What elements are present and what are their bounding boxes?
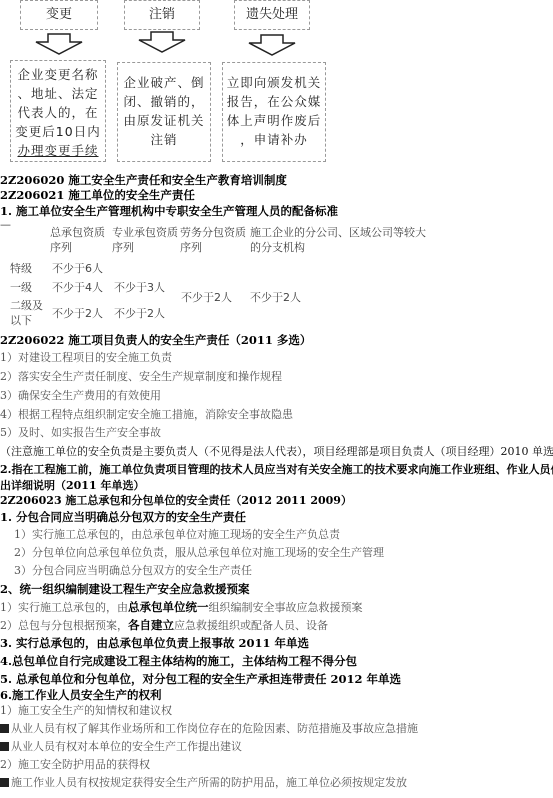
bullet-item: 从业人员有权了解其作业场所和工作岗位存在的危险因素、防范措施及事故应急措施 [0, 722, 418, 736]
cell-value: 不少于2人 [250, 289, 301, 305]
flow-text: 闭、撤销的， [118, 92, 210, 111]
flow-text: 代表人的，在 [11, 103, 105, 122]
point-1-heading: 1. 分包合同应当明确总分包双方的安全生产责任 [0, 510, 246, 524]
flow-body-lost: 立即向颁发机关 报告，在公众媒 体上声明作废后 ，申请补办 [222, 62, 326, 162]
point-6-heading: 6.施工作业人员安全生产的权利 [0, 688, 162, 702]
point-2-text: 2.指在工程施工前，施工单位负责项目管理的技术人员应当对有关安全施工的技术要求向… [0, 463, 553, 477]
col-header-labor-l2: 序列 [180, 239, 202, 255]
cell-value: 不少于4人 [52, 279, 103, 295]
row-grade-second-l2: 以下 [10, 312, 32, 328]
col-header-labor: 劳务分包资质 [180, 224, 246, 240]
section-heading-206022: 2Z206022 施工项目负责人的安全生产责任（2011 多选） [0, 333, 311, 347]
flow-text: 注销 [118, 130, 210, 149]
down-arrow-icon [137, 31, 187, 53]
list-item: 2）落实安全生产责任制度、安全生产规章制度和操作规程 [0, 370, 282, 384]
col-header-specialty-l2: 序列 [112, 239, 134, 255]
list-item: 3）分包合同应当明确总分包双方的安全生产责任 [14, 564, 252, 578]
point-3: 3. 实行总承包的，由总承包单位负责上报事故 2011 年单选 [0, 636, 309, 650]
text: 组织编制安全事故应急救援预案 [209, 601, 363, 614]
cell-value: 不少于2人 [181, 289, 232, 305]
flow-text: 办理变更手续 [11, 141, 105, 160]
row-grade-first: 一级 [10, 279, 32, 295]
flow-head-lost: 遗失处理 [234, 0, 310, 30]
text: 从业人员有权了解其作业场所和工作岗位存在的危险因素、防范措施及事故应急措施 [11, 722, 418, 735]
col-header-branch: 施工企业的分公司、区域公司等较大 [250, 224, 426, 240]
text: 1）实行施工总承包的，由 [0, 601, 128, 614]
text: 2）总包与分包根据预案， [0, 619, 128, 632]
flow-text: 企业变更名称 [11, 65, 105, 84]
square-bullet-icon [0, 724, 9, 733]
flow-head-change: 变更 [20, 0, 98, 30]
subheading-staffing-standard: 1. 施工单位安全生产管理机构中专职安全生产管理人员的配备标准 [0, 204, 338, 218]
flow-text: 报告，在公众媒 [223, 92, 325, 111]
col-header-branch-l2: 的分支机构 [250, 239, 305, 255]
point-4: 4.总包单位自行完成建设工程主体结构的施工，主体结构工程不得分包 [0, 654, 357, 668]
text: 从业人员有权对本单位的安全生产工作提出建议 [11, 740, 242, 753]
section-heading-206021: 2Z206021 施工单位的安全生产责任 [0, 188, 195, 202]
text: 应急救援组织或配备人员、设备 [174, 619, 328, 632]
list-item: 1）实行施工总承包的，由总承包单位对施工现场的安全生产负总责 [14, 528, 340, 542]
text: 施工作业人员有权按规定获得安全生产所需的防护用品，施工单位必须按规定发放 [11, 776, 407, 789]
cell-value: 不少于3人 [114, 279, 165, 295]
cell-value: 不少于2人 [114, 305, 165, 321]
flow-text: 由原发证机关 [118, 111, 210, 130]
list-item: 2）分包单位向总承包单位负责，服从总承包单位对施工现场的安全生产管理 [14, 546, 384, 560]
section-heading-206023: 2Z206023 施工总承包和分包单位的安全责任（2012 2011 2009） [0, 494, 352, 508]
right-1: 1）施工安全生产的知情权和建议权 [0, 704, 172, 718]
flow-text: 立即向颁发机关 [223, 73, 325, 92]
flow-text: 企业破产、倒 [118, 73, 210, 92]
flow-text: 变更后10日内 [11, 122, 105, 141]
list-item: 1）对建设工程项目的安全施工负责 [0, 351, 172, 365]
flow-head-cancel: 注销 [124, 0, 200, 30]
col-header-general-l2: 序列 [50, 239, 72, 255]
col-header-specialty: 专业承包资质 [112, 224, 178, 240]
square-bullet-icon [0, 742, 9, 751]
flow-text: 体上声明作废后 [223, 111, 325, 130]
point-2-text-cont: 出详细说明（2011 年单选） [0, 479, 144, 493]
row-grade-special: 特级 [10, 260, 32, 276]
list-item: 2）总包与分包根据预案，各自建立应急救援组织或配备人员、设备 [0, 618, 328, 633]
bullet-item: 施工作业人员有权按规定获得安全生产所需的防护用品，施工单位必须按规定发放 [0, 776, 407, 790]
flow-body-change: 企业变更名称 、地址、法定 代表人的，在 变更后10日内 办理变更手续 [10, 60, 106, 162]
list-item: 5）及时、如实报告生产安全事故 [0, 426, 161, 440]
flow-body-cancel: 企业破产、倒 闭、撤销的， 由原发证机关 注销 [117, 62, 211, 162]
flow-text: ，申请补办 [223, 130, 325, 149]
col-header-general: 总承包资质 [50, 224, 105, 240]
note-text: （注意施工单位的安全负责是主要负责人（不见得是法人代表），项目经理部是项目负责人… [0, 445, 553, 459]
row-grade-second: 二级及 [10, 297, 43, 313]
down-arrow-icon [247, 34, 297, 56]
cell-value: 不少于6人 [52, 260, 103, 276]
section-heading-206020: 2Z206020 施工安全生产责任和安全生产教育培训制度 [0, 173, 287, 187]
list-item: 3）确保安全生产费用的有效使用 [0, 389, 161, 403]
flow-text: 、地址、法定 [11, 84, 105, 103]
staffing-table: — 总承包资质 序列 专业承包资质 序列 劳务分包资质 序列 施工企业的分公司、… [0, 222, 553, 322]
down-arrow-icon [34, 33, 84, 55]
cell-value: 不少于2人 [52, 305, 103, 321]
bullet-item: 从业人员有权对本单位的安全生产工作提出建议 [0, 740, 242, 754]
flowchart: 变更 企业变更名称 、地址、法定 代表人的，在 变更后10日内 办理变更手续 注… [0, 0, 553, 165]
list-item: 4）根据工程特点组织制定安全施工措施，消除安全事故隐患 [0, 408, 293, 422]
emphasis: 总承包单位统一 [128, 600, 209, 614]
list-item: 1）实行施工总承包的，由总承包单位统一组织编制安全事故应急救援预案 [0, 600, 363, 615]
point-2-heading: 2、统一组织编制建设工程生产安全应急救援预案 [0, 582, 250, 596]
emphasis: 各自建立 [128, 618, 174, 632]
right-2: 2）施工安全防护用品的获得权 [0, 758, 150, 772]
point-5: 5. 总承包单位和分包单位，对分包工程的安全生产承担连带责任 2012 年单选 [0, 672, 401, 686]
square-bullet-icon [0, 778, 9, 787]
